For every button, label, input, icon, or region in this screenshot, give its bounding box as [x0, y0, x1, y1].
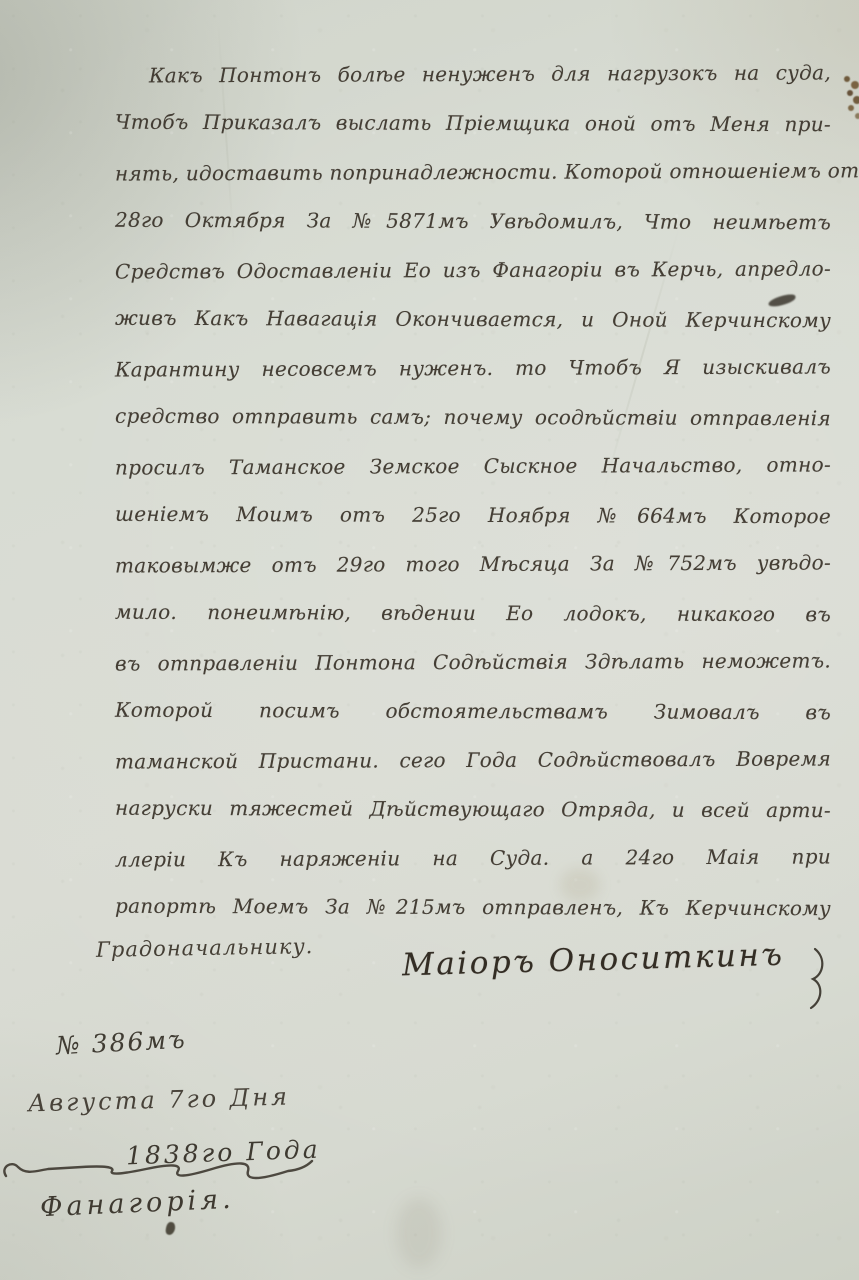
text-line: шеніемъ Моимъ отъ 25го Ноября №664мъ Кот…	[115, 490, 831, 541]
text-line: таковымже отъ 29го того Мѣсяца За №752мъ…	[115, 538, 831, 590]
signature: Маіоръ Оноситкинъ	[402, 937, 785, 984]
text-line: Средствъ Одоставленіи Ео изъ Фанагоріи в…	[115, 244, 831, 296]
text-line: просилъ Таманское Земское Сыскное Началь…	[115, 440, 831, 492]
closing-line: Градоначальнику.	[96, 934, 314, 962]
place-name: Фанагорія.	[39, 1184, 235, 1223]
manuscript-page-photo: Какъ Понтонъ болѣе ненуженъ для нагрузок…	[0, 0, 859, 1280]
text-line: Чтобъ Приказалъ выслать Пріемщика оной о…	[115, 98, 831, 149]
text-line: Карантину несовсемъ нуженъ. то Чтобъ Я и…	[115, 342, 831, 394]
underline-flourish	[0, 1152, 340, 1188]
text-line: ллеріи Къ наряженіи на Суда. а 24го Маія…	[115, 832, 831, 884]
text-line: Какъ Понтонъ болѣе ненуженъ для нагрузок…	[115, 48, 831, 100]
text-line: живъ Какъ Навагація Окончивается, и Оной…	[115, 294, 831, 345]
text-line: нять, идоставить попринадлежности. Котор…	[115, 146, 831, 198]
text-line: въ отправленіи Понтона Содѣйствія Здѣлат…	[115, 636, 831, 688]
text-line: Которой посимъ обстоятельствамъ Зимовалъ…	[115, 686, 831, 737]
text-line: рапортѣ Моемъ За №215мъ отправленъ, Къ К…	[115, 882, 831, 933]
document-number: № 386мъ	[55, 1025, 187, 1061]
text-line: таманской Пристани. сего Года Содѣйствов…	[115, 734, 831, 786]
text-line: средство отправить самъ; почему осодѣйст…	[115, 392, 831, 443]
text-line: нагруски тяжестей Дѣйствующаго Отряда, и…	[115, 784, 831, 835]
manuscript-text: Какъ Понтонъ болѣе ненуженъ для нагрузок…	[0, 0, 859, 1280]
signature-flourish-stroke	[806, 946, 832, 1012]
text-line: мило. понеимѣнію, вѣдении Ео лодокъ, ник…	[115, 588, 831, 639]
date-day: Августа 7го Дня	[28, 1083, 291, 1118]
text-line: 28го Октября За №5871мъ Увѣдомилъ, Что н…	[115, 196, 831, 247]
body-text-block: Какъ Понтонъ болѣе ненуженъ для нагрузок…	[115, 50, 831, 932]
